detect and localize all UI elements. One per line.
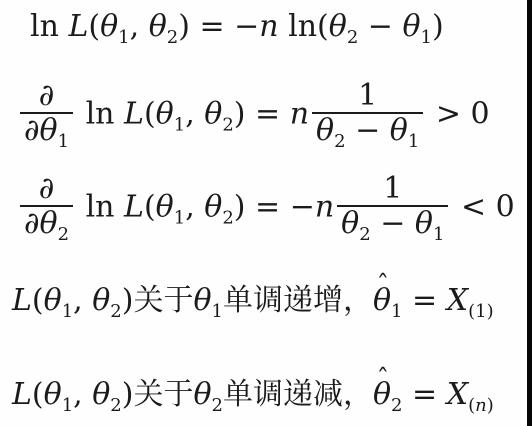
eq-partial-derivative-theta2: ∂∂θ2 ln L(θ1, θ2) = −n1θ2 − θ1 < 0 <box>17 173 515 244</box>
left-paren: ( <box>144 190 156 225</box>
subscript-1: 1 <box>174 115 185 136</box>
fraction-partial-theta1: ∂∂θ1 <box>20 80 73 151</box>
var-X: X <box>447 377 468 412</box>
theta-hat: ˆθ <box>373 282 391 320</box>
hat-accent: ˆ <box>377 367 390 393</box>
subscript-1: 1 <box>174 208 185 229</box>
partial-symbol: ∂ <box>24 113 40 148</box>
fraction-denominator: θ2 − θ1 <box>312 112 423 151</box>
var-theta: θ <box>204 97 222 132</box>
equals-minus: ) = − <box>234 190 315 225</box>
subscript-1: 1 <box>62 395 73 416</box>
right-edge-bar <box>527 0 532 426</box>
eq-partial-derivative-theta1: ∂∂θ1 ln L(θ1, θ2) = n1θ2 − θ1 > 0 <box>17 80 490 151</box>
subscript-1: 1 <box>408 131 419 152</box>
var-theta: θ <box>100 9 118 44</box>
var-theta: θ <box>390 113 408 148</box>
minus-operator: − <box>346 113 390 148</box>
subscript-2: 2 <box>167 27 178 48</box>
subscript-2: 2 <box>110 301 121 322</box>
var-n: n <box>290 97 309 132</box>
fraction-denominator: ∂θ1 <box>20 112 73 151</box>
number-one: 1 <box>383 171 402 206</box>
order-statistic-subscript: (1) <box>468 301 494 322</box>
subscript-2: 2 <box>110 395 121 416</box>
var-theta: θ <box>156 97 174 132</box>
left-paren: ( <box>32 283 44 318</box>
statement-mle-theta2: L(θ1, θ2)关于θ2单调递减，ˆθ2 = X(n) <box>12 376 494 415</box>
less-than-zero: < 0 <box>451 190 514 225</box>
var-n: n <box>259 9 278 44</box>
fraction-numerator: ∂ <box>20 173 73 205</box>
var-L: L <box>12 283 32 318</box>
subscript-2: 2 <box>222 208 233 229</box>
var-L: L <box>68 9 88 44</box>
sub-var-n: n <box>475 395 487 416</box>
comma: , <box>185 97 204 132</box>
greater-than-zero: > 0 <box>426 97 489 132</box>
ln-operator: ln <box>76 190 124 225</box>
fraction-one-over-range: 1θ2 − θ1 <box>312 80 423 151</box>
cjk-with-respect-to: 关于 <box>133 377 193 412</box>
equals-minus: ) = − <box>178 9 259 44</box>
theta-hat: ˆθ <box>373 376 391 414</box>
comma: , <box>73 283 92 318</box>
left-paren: ( <box>32 377 44 412</box>
subscript-2: 2 <box>58 224 69 245</box>
subscript-2: 2 <box>391 395 402 416</box>
fraction-one-over-range: 1θ2 − θ1 <box>337 173 448 244</box>
fraction-partial-theta2: ∂∂θ2 <box>20 173 73 244</box>
cjk-monotone-increasing: 单调递增， <box>223 283 373 318</box>
equals-sign: ) = <box>234 97 290 132</box>
var-theta: θ <box>402 9 420 44</box>
var-theta: θ <box>341 206 359 241</box>
hat-accent: ˆ <box>377 273 390 299</box>
var-L: L <box>12 377 32 412</box>
ln-operator: ln <box>76 97 124 132</box>
partial-symbol: ∂ <box>39 171 55 206</box>
subscript-1: 1 <box>212 301 223 322</box>
fraction-numerator: 1 <box>337 173 448 205</box>
order-statistic-subscript: (n) <box>468 395 494 416</box>
var-theta: θ <box>329 9 347 44</box>
ln-operator: ln <box>30 9 68 44</box>
comma: , <box>130 9 149 44</box>
var-theta: θ <box>193 283 211 318</box>
partial-symbol: ∂ <box>39 78 55 113</box>
eq-log-likelihood: ln L(θ1, θ2) = −n ln(θ2 − θ1) <box>30 8 444 47</box>
subscript-1: 1 <box>62 301 73 322</box>
equals-sign: = <box>403 283 447 318</box>
var-n: n <box>315 190 334 225</box>
var-theta: θ <box>204 190 222 225</box>
var-theta: θ <box>156 190 174 225</box>
minus-operator: − <box>371 206 415 241</box>
subscript-1: 1 <box>421 27 432 48</box>
fraction-denominator: ∂θ2 <box>20 205 73 244</box>
var-X: X <box>447 283 468 318</box>
cjk-monotone-decreasing: 单调递减， <box>223 377 373 412</box>
var-L: L <box>124 190 144 225</box>
math-derivation-page: ln L(θ1, θ2) = −n ln(θ2 − θ1) ∂∂θ1 ln L(… <box>0 0 532 426</box>
var-L: L <box>124 97 144 132</box>
subscript-1: 1 <box>118 27 129 48</box>
ln-open-paren: ln( <box>279 9 329 44</box>
subscript-2: 2 <box>334 131 345 152</box>
statement-mle-theta1: L(θ1, θ2)关于θ1单调递增，ˆθ1 = X(1) <box>12 282 494 321</box>
right-paren: ) <box>122 283 134 318</box>
fraction-numerator: 1 <box>312 80 423 112</box>
right-paren: ) <box>122 377 134 412</box>
subscript-2: 2 <box>347 27 358 48</box>
comma: , <box>73 377 92 412</box>
sub-right-paren: ) <box>487 395 494 416</box>
var-theta: θ <box>40 113 58 148</box>
var-theta: θ <box>149 9 167 44</box>
var-theta: θ <box>193 377 211 412</box>
cjk-with-respect-to: 关于 <box>133 283 193 318</box>
sub-right-paren: ) <box>487 301 494 322</box>
subscript-2: 2 <box>222 115 233 136</box>
partial-symbol: ∂ <box>24 206 40 241</box>
fraction-denominator: θ2 − θ1 <box>337 205 448 244</box>
subscript-1: 1 <box>58 131 69 152</box>
var-theta: θ <box>44 283 62 318</box>
minus-operator: − <box>358 9 402 44</box>
subscript-1: 1 <box>433 224 444 245</box>
var-theta: θ <box>415 206 433 241</box>
var-theta: θ <box>316 113 334 148</box>
equals-sign: = <box>403 377 447 412</box>
var-theta: θ <box>92 377 110 412</box>
left-paren: ( <box>88 9 100 44</box>
sub-one: 1 <box>475 301 486 322</box>
right-paren: ) <box>432 9 444 44</box>
subscript-1: 1 <box>391 301 402 322</box>
subscript-2: 2 <box>212 395 223 416</box>
var-theta: θ <box>44 377 62 412</box>
var-theta: θ <box>40 206 58 241</box>
comma: , <box>185 190 204 225</box>
var-theta: θ <box>92 283 110 318</box>
fraction-numerator: ∂ <box>20 80 73 112</box>
subscript-2: 2 <box>359 224 370 245</box>
left-paren: ( <box>144 97 156 132</box>
number-one: 1 <box>358 78 377 113</box>
